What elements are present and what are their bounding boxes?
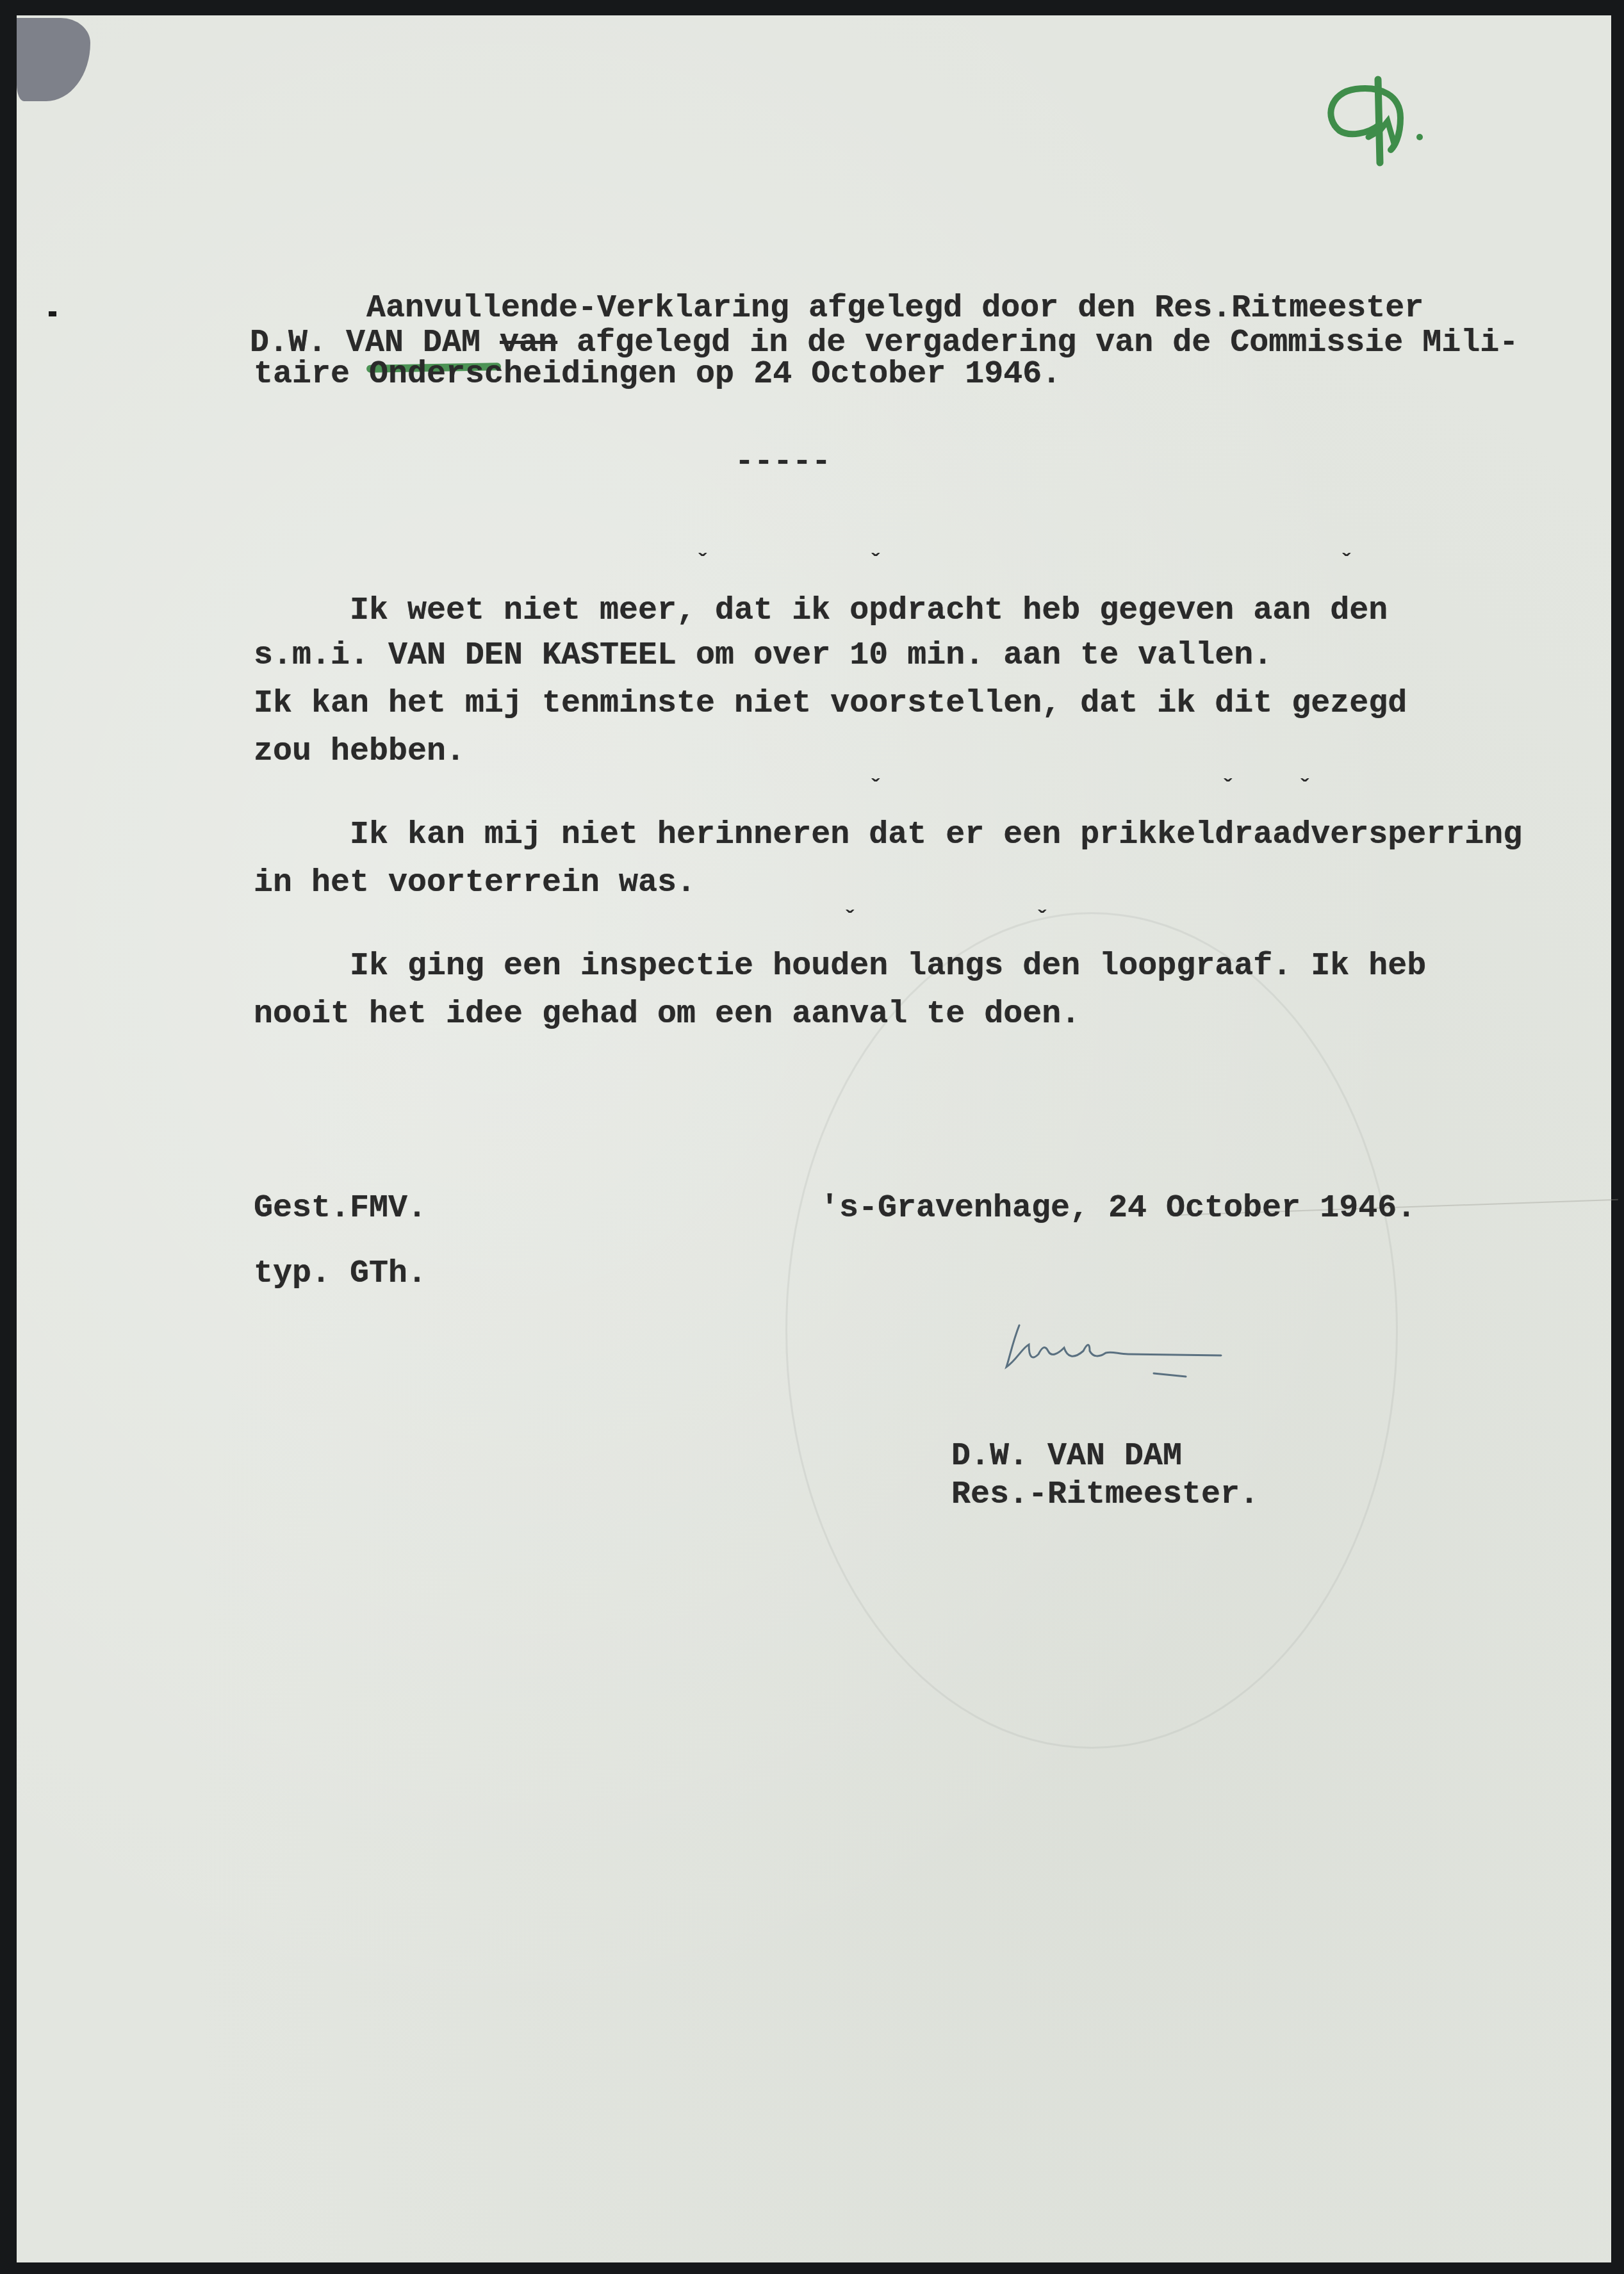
place-and-date: 's-Gravenhage, 24 October 1946. (820, 1193, 1416, 1225)
paragraph-2-line-2: in het voorterrein was. (254, 867, 696, 899)
paper-stain (17, 18, 90, 101)
typewriter-mark: ˇ (843, 909, 857, 932)
heading-line-3: taire Onderscheidingen op 24 October 194… (254, 359, 1061, 391)
paragraph-1-line-4: zou hebben. (254, 736, 465, 768)
heading-line-2: D.W. VAN DAM van afgelegd in de vergader… (250, 327, 1518, 359)
paper-speck (49, 311, 56, 316)
paragraph-1-line-3: Ik kan het mij tenminste niet voorstelle… (254, 688, 1407, 720)
paragraph-3-line-2: nooit het idee gehad om een aanval te do… (254, 999, 1080, 1031)
separator: ----- (735, 446, 831, 479)
typewriter-mark: ˇ (1221, 778, 1235, 801)
heading-line-1: Aanvullende-Verklaring afgelegd door den… (366, 293, 1423, 325)
typewriter-mark: ˇ (1340, 552, 1354, 575)
signed-by-initials: Gest.FMV. (254, 1193, 427, 1225)
typewriter-mark: ˇ (869, 778, 883, 801)
document-page: Aanvullende-Verklaring afgelegd door den… (17, 15, 1611, 2262)
signatory-rank: Res.-Ritmeester. (951, 1479, 1259, 1511)
paragraph-2-line-1: Ik kan mij niet herinneren dat er een pr… (254, 819, 1522, 851)
typewriter-mark: ˇ (869, 552, 883, 575)
signatory-name: D.W. VAN DAM (951, 1441, 1182, 1473)
paragraph-1-line-1: Ik weet niet meer, dat ik opdracht heb g… (254, 595, 1388, 627)
typewriter-mark: ˇ (696, 552, 710, 575)
paragraph-3-line-1: Ik ging een inspectie houden langs den l… (254, 951, 1426, 983)
paragraph-1-line-2: s.m.i. VAN DEN KASTEEL om over 10 min. a… (254, 640, 1272, 672)
typewriter-mark: ˇ (1298, 778, 1312, 801)
typewriter-mark: ˇ (1035, 909, 1049, 932)
handwritten-signature-icon (1003, 1322, 1298, 1386)
typist-initials: typ. GTh. (254, 1258, 427, 1290)
handwritten-initials-icon (1304, 54, 1432, 182)
